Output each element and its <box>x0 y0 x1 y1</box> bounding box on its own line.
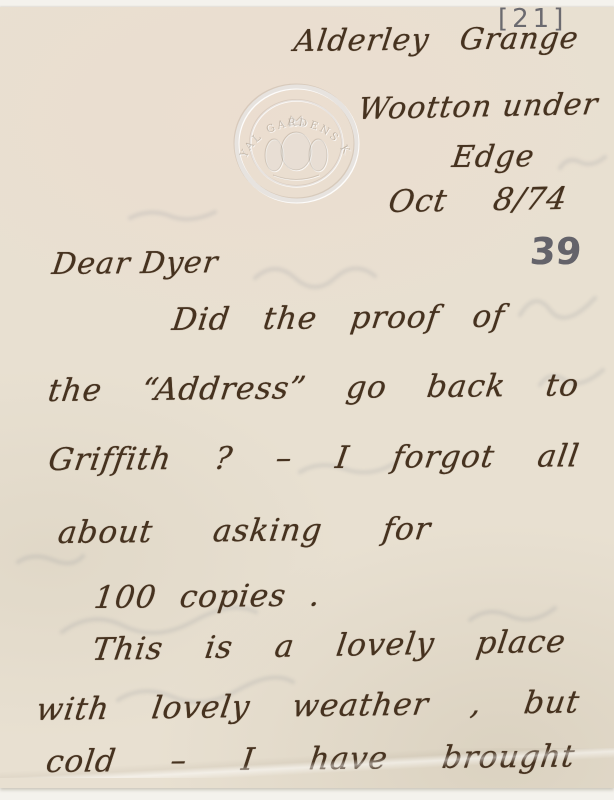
heading-line-address-1: Alderley Grange <box>292 21 581 59</box>
body-line: Griffith ? – I forgot all <box>46 438 582 478</box>
body-line: Did the proof of <box>170 299 507 338</box>
heading-line-address-2: Wootton under <box>356 88 569 127</box>
salutation: Dear Dyer <box>50 245 205 282</box>
body-line: the “Address” go back to <box>46 367 581 409</box>
heading-line-date: Oct 8/74 <box>386 181 570 220</box>
body-line: 100 copies . <box>92 578 323 616</box>
pencil-folio-number: 39 <box>528 230 583 273</box>
body-line: with lovely weather , but <box>34 684 582 728</box>
letter-scan-page: ROYAL GARDENS KEW ROYAL GARDENS KEW [21]… <box>0 0 614 800</box>
embossed-royal-arms-seal: ROYAL GARDENS KEW ROYAL GARDENS KEW <box>221 75 371 211</box>
heading-line-address-3: Edge <box>450 139 537 175</box>
paper-fold-crease <box>0 748 614 778</box>
body-line: about asking for <box>56 511 433 551</box>
